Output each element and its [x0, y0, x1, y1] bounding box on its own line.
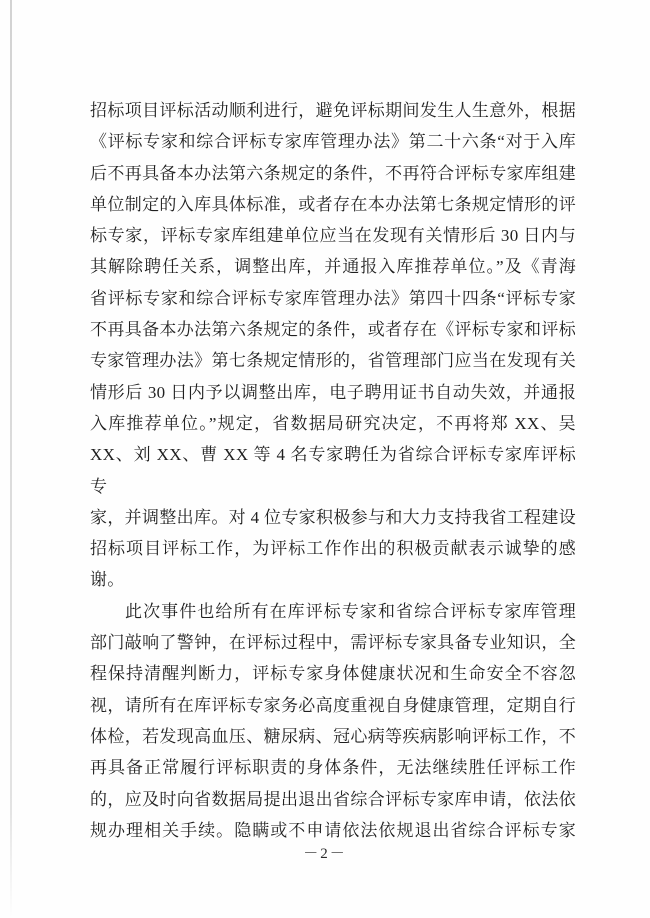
paragraph1-line: 后不再具备本办法第六条规定的条件，不再符合评标专家库组建	[90, 158, 576, 189]
document-page: 招标项目评标活动顺利进行，避免评标期间发生人生意外，根据 《评标专家和综合评标专…	[0, 0, 650, 918]
paragraph2-line: 体检，若发现高血压、糖尿病、冠心病等疾病影响评标工作，不	[90, 721, 576, 752]
paragraph2-line: 程保持清醒判断力，评标专家身体健康状况和生命安全不容忽	[90, 658, 576, 689]
paragraph1-line: 单位制定的入库具体标准，或者存在本办法第七条规定情形的评	[90, 189, 576, 220]
paragraph2-line: 再具备正常履行评标职责的身体条件，无法继续胜任评标工作	[90, 752, 576, 783]
paragraph1-line: 招标项目评标活动顺利进行，避免评标期间发生人生意外，根据	[90, 95, 576, 126]
paragraph1-line: 标专家，评标专家库组建单位应当在发现有关情形后 30 日内与	[90, 220, 576, 251]
paragraph1-last-line: 谢。	[90, 564, 576, 595]
paragraph1-line: 不再具备本办法第六条规定的条件，或者存在《评标专家和评标	[90, 314, 576, 345]
paragraph1-line: 招标项目评标工作，为评标工作作出的积极贡献表示诚挚的感	[90, 533, 576, 564]
paragraph2-first-line: 此次事件也给所有在库评标专家和省综合评标专家库管理	[90, 596, 576, 627]
scan-edge-line	[10, 0, 12, 918]
paragraph1-line: 省评标专家和综合评标专家库管理办法》第四十四条“评标专家	[90, 283, 576, 314]
paragraph1-line: 入库推荐单位。”规定，省数据局研究决定，不再将郑 XX、吴	[90, 408, 576, 439]
paragraph1-line: 情形后 30 日内予以调整出库，电子聘用证书自动失效，并通报	[90, 377, 576, 408]
paragraph1-line: XX、刘 XX、曹 XX 等 4 名专家聘任为省综合评标专家库评标专	[90, 439, 576, 502]
paragraph1-line: 专家管理办法》第七条规定情形的，省管理部门应当在发现有关	[90, 345, 576, 376]
paragraph2-line: 的，应及时向省数据局提出退出省综合评标专家库申请，依法依	[90, 784, 576, 815]
paragraph1-line: 其解除聘任关系，调整出库，并通报入库推荐单位。”及《青海	[90, 251, 576, 282]
paragraph2-line: 部门敲响了警钟，在评标过程中，需评标专家具备专业知识，全	[90, 627, 576, 658]
paragraph1-line: 家，并调整出库。对 4 位专家积极参与和大力支持我省工程建设	[90, 502, 576, 533]
document-body: 招标项目评标活动顺利进行，避免评标期间发生人生意外，根据 《评标专家和综合评标专…	[90, 95, 576, 846]
paragraph1-line: 《评标专家和综合评标专家库管理办法》第二十六条“对于入库	[90, 126, 576, 157]
paragraph2-line: 视，请所有在库评标专家务必高度重视自身健康管理，定期自行	[90, 690, 576, 721]
page-number: －2－	[0, 842, 650, 863]
